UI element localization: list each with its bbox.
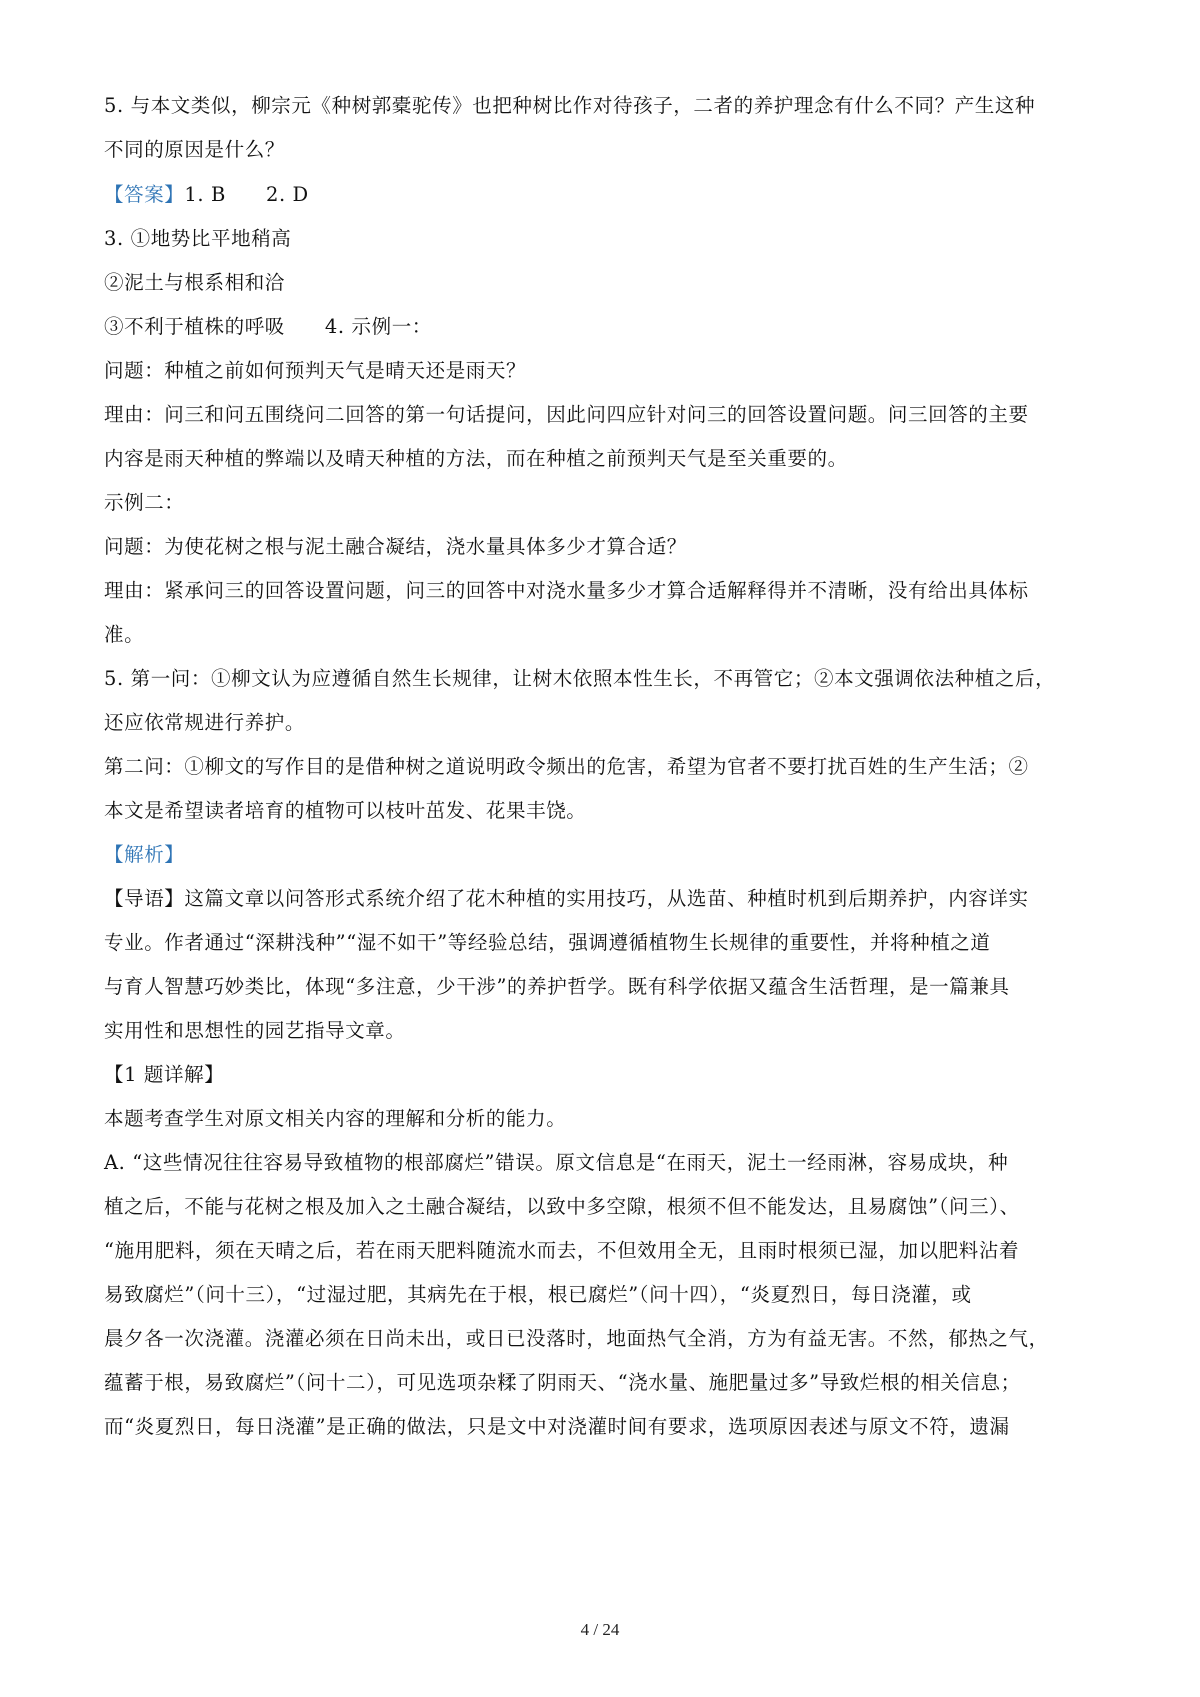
example-2-head: 示例二：: [104, 489, 184, 517]
detail-1-line-1: 本题考查学生对原文相关内容的理解和分析的能力。: [104, 1105, 566, 1133]
question-5-line-1: 5. 与本文类似，柳宗元《种树郭橐驼传》也把种树比作对待孩子，二者的养护理念有什…: [104, 92, 1035, 120]
detail-1-line-7: 蕴蓄于根，易致腐烂”（问十二），可见选项杂糅了阴雨天、“浇水量、施肥量过多”导致…: [104, 1369, 1021, 1397]
answer-q3-line-2: ②泥土与根系相和洽: [104, 269, 285, 297]
analysis-intro-line-3: 与育人智慧巧妙类比，体现“多注意，少干涉”的养护哲学。既有科学依据又蕴含生活哲理…: [104, 973, 1010, 1001]
analysis-intro-line-2: 专业。作者通过“深耕浅种”“湿不如干”等经验总结，强调遵循植物生长规律的重要性，…: [104, 929, 990, 957]
detail-1-line-5: 易致腐烂”（问十三），“过湿过肥，其病先在于根，根已腐烂”（问十四），“炎夏烈日…: [104, 1281, 972, 1309]
answer-q3-line-3: ③不利于植株的呼吸: [104, 315, 285, 338]
example-2-question: 问题：为使花树之根与泥土融合凝结，浇水量具体多少才算合适？: [104, 533, 687, 561]
detail-1-line-3: 植之后，不能与花树之根及加入之土融合凝结，以致中多空隙，根须不但不能发达，且易腐…: [104, 1193, 1020, 1221]
answer-q4-head: 4. 示例一：: [325, 315, 432, 338]
answer-label: 【答案】: [104, 183, 184, 206]
answer-q2: 2. D: [266, 183, 309, 206]
answer-q3-line-1: 3. ①地势比平地稍高: [104, 225, 291, 253]
page-number: 4 / 24: [0, 1620, 1200, 1640]
analysis-label: 【解析】: [104, 841, 184, 869]
detail-1-line-8: 而“炎夏烈日，每日浇灌”是正确的做法，只是文中对浇灌时间有要求，选项原因表述与原…: [104, 1413, 1010, 1441]
example-1-reason-line-1: 理由：问三和问五围绕问二回答的第一句话提问，因此问四应针对问三的回答设置问题。问…: [104, 401, 1029, 429]
answer-row: 【答案】1. B2. D: [104, 181, 309, 209]
answer-q5-line-1: 5. 第一问：①柳文认为应遵循自然生长规律，让树木依照本性生长，不再管它；②本文…: [104, 665, 1055, 693]
analysis-intro-line-1: 【导语】这篇文章以问答形式系统介绍了花木种植的实用技巧，从选苗、种植时机到后期养…: [104, 885, 1029, 913]
detail-1-line-4: “施用肥料，须在天晴之后，若在雨天肥料随流水而去，不但效用全无，且雨时根须已湿，…: [104, 1237, 1019, 1265]
example-1-question: 问题：种植之前如何预判天气是晴天还是雨天？: [104, 357, 526, 385]
detail-1-line-6: 晨夕各一次浇灌。浇灌必须在日尚未出，或日已没落时，地面热气全消，方为有益无害。不…: [104, 1325, 1049, 1353]
answer-q5-line-2: 还应依常规进行养护。: [104, 709, 305, 737]
question-5-line-2: 不同的原因是什么？: [104, 136, 285, 164]
example-2-reason-line-2: 准。: [104, 621, 144, 649]
answer-q3-q4-row: ③不利于植株的呼吸4. 示例一：: [104, 313, 432, 341]
detail-1-line-2: A. “这些情况往往容易导致植物的根部腐烂”错误。原文信息是“在雨天，泥土一经雨…: [104, 1149, 1008, 1177]
example-2-reason-line-1: 理由：紧承问三的回答设置问题，问三的回答中对浇水量多少才算合适解释得并不清晰，没…: [104, 577, 1029, 605]
detail-1-heading: 【1 题详解】: [104, 1061, 224, 1089]
answer-q1: 1. B: [184, 183, 226, 206]
example-1-reason-line-2: 内容是雨天种植的弊端以及晴天种植的方法，而在种植之前预判天气是至关重要的。: [104, 445, 848, 473]
answer-q5-line-3: 第二问：①柳文的写作目的是借种树之道说明政令频出的危害，希望为官者不要打扰百姓的…: [104, 753, 1029, 781]
analysis-intro-line-4: 实用性和思想性的园艺指导文章。: [104, 1017, 406, 1045]
answer-q5-line-4: 本文是希望读者培育的植物可以枝叶茁发、花果丰饶。: [104, 797, 586, 825]
